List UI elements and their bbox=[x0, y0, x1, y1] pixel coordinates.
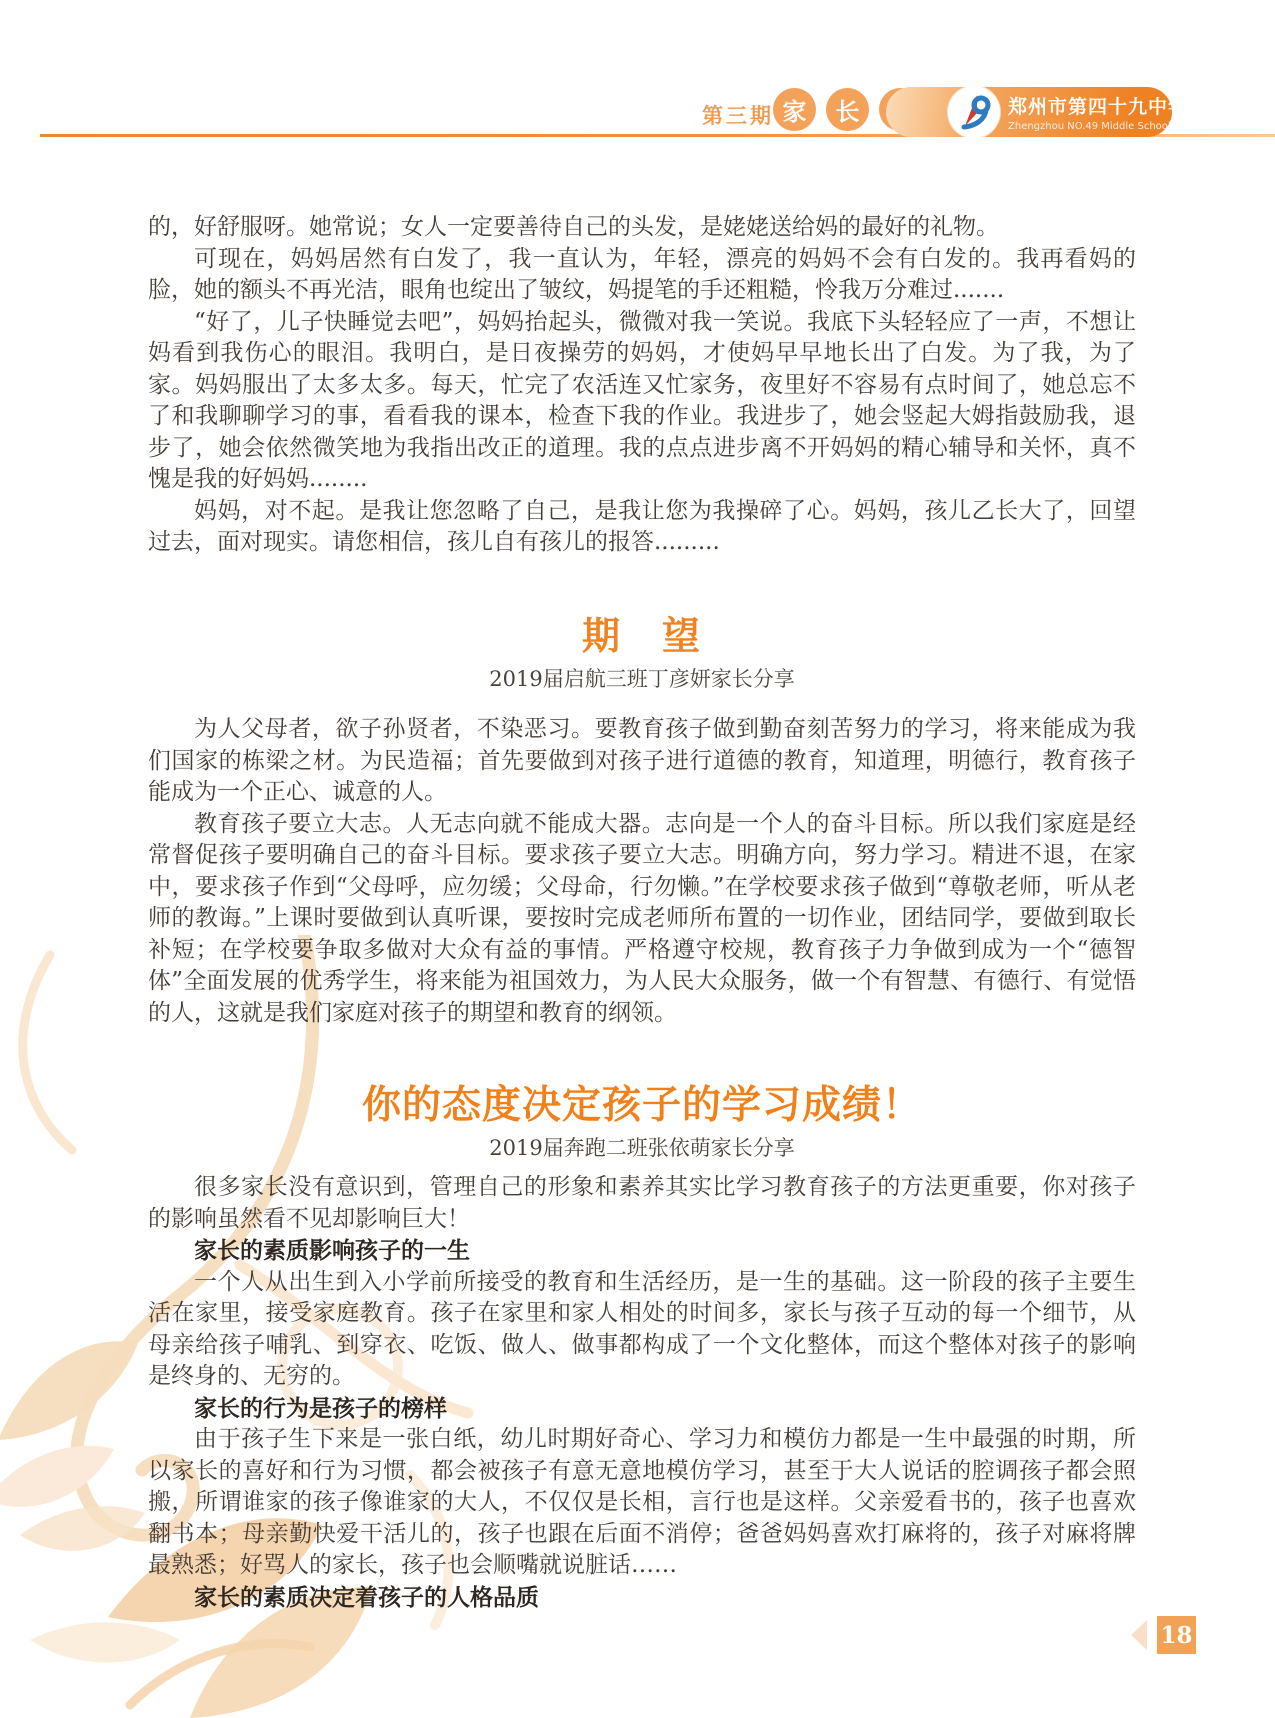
paragraph: 由于孩子生下来是一张白纸，幼儿时期好奇心、学习力和模仿力都是一生中最强的时期，所… bbox=[148, 1424, 1136, 1582]
school-name-cn: 郑州市第四十九中学 bbox=[1008, 92, 1188, 119]
byline-attitude: 2019届奔跑二班张依萌家长分享 bbox=[148, 1132, 1136, 1162]
page-arrow-decoration bbox=[1131, 1620, 1147, 1650]
magazine-page: 第三期 家 长 学 校 郑州市第四十九中学 Zhengzhou NO.49 Mi… bbox=[0, 0, 1275, 1718]
page-number: 18 bbox=[1157, 1616, 1196, 1654]
section-title-attitude: 你的态度决定孩子的学习成绩！ bbox=[148, 1074, 1136, 1130]
school-banner: 郑州市第四十九中学 Zhengzhou NO.49 Middle School bbox=[886, 87, 1172, 137]
article-continuation: 的，好舒服呀。她常说；女人一定要善待自己的头发，是姥姥送给妈的最好的礼物。 可现… bbox=[148, 212, 1136, 559]
school-name-en: Zhengzhou NO.49 Middle School bbox=[1008, 121, 1188, 132]
paragraph: “好了，儿子快睡觉去吧”，妈妈抬起头，微微对我一笑说。我底下头轻轻应了一声，不想… bbox=[148, 307, 1136, 496]
masthead-char-circle: 家 bbox=[773, 88, 816, 131]
section-attitude-body: 很多家长没有意识到，管理自己的形象和素养其实比学习教育孩子的方法更重要，你对孩子… bbox=[148, 1172, 1136, 1613]
paragraph: 的，好舒服呀。她常说；女人一定要善待自己的头发，是姥姥送给妈的最好的礼物。 bbox=[148, 212, 1136, 244]
subheading: 家长的行为是孩子的榜样 bbox=[148, 1393, 1136, 1425]
paragraph: 可现在，妈妈居然有白发了，我一直认为，年轻，漂亮的妈妈不会有白发的。我再看妈的脸… bbox=[148, 244, 1136, 307]
paragraph: 妈妈，对不起。是我让您忽略了自己，是我让您为我操碎了心。妈妈，孩儿乙长大了，回望… bbox=[148, 496, 1136, 559]
paragraph: 一个人从出生到入小学前所接受的教育和生活经历，是一生的基础。这一阶段的孩子主要生… bbox=[148, 1267, 1136, 1393]
paragraph: 为人父母者，欲子孙贤者，不染恶习。要教育孩子做到勤奋刻苦努力的学习，将来能成为我… bbox=[148, 714, 1136, 809]
paragraph: 教育孩子要立大志。人无志向就不能成大器。志向是一个人的奋斗目标。所以我们家庭是经… bbox=[148, 809, 1136, 1030]
byline-expectation: 2019届启航三班丁彦妍家长分享 bbox=[148, 663, 1136, 693]
subheading: 家长的素质决定着孩子的人格品质 bbox=[148, 1582, 1136, 1614]
section-title-expectation: 期 望 bbox=[148, 605, 1136, 660]
masthead-char-circle: 长 bbox=[826, 88, 869, 131]
section-expectation-body: 为人父母者，欲子孙贤者，不染恶习。要教育孩子做到勤奋刻苦努力的学习，将来能成为我… bbox=[148, 714, 1136, 1029]
paragraph: 很多家长没有意识到，管理自己的形象和素养其实比学习教育孩子的方法更重要，你对孩子… bbox=[148, 1172, 1136, 1235]
subheading: 家长的素质影响孩子的一生 bbox=[148, 1235, 1136, 1267]
school-name-block: 郑州市第四十九中学 Zhengzhou NO.49 Middle School bbox=[1008, 92, 1188, 132]
school-logo-49-icon bbox=[948, 86, 1000, 138]
issue-label: 第三期 bbox=[702, 100, 774, 130]
